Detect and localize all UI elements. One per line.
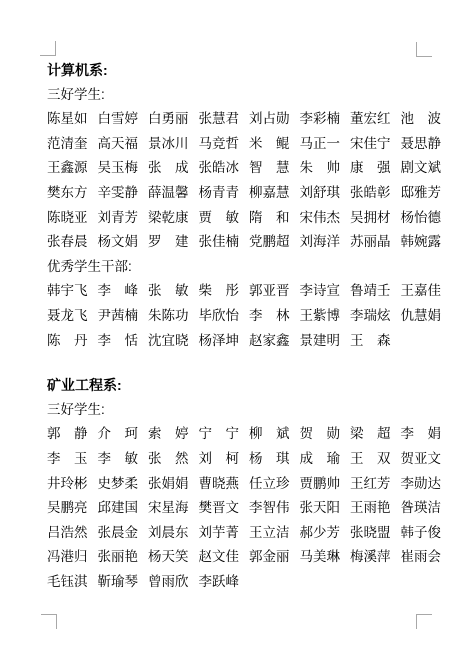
- student-name: 曾雨欣: [148, 570, 189, 595]
- student-name: 吴拥材: [350, 206, 391, 231]
- student-name: 白勇丽: [148, 107, 189, 132]
- student-name: 张晨金: [98, 521, 139, 546]
- student-name: 赵文佳: [199, 545, 240, 570]
- name-row: 吴鹏亮邱建国宋星海樊晋文李智伟张天阳王雨艳昝瑛洁: [47, 496, 430, 521]
- student-name: 张皓冰: [199, 156, 240, 181]
- student-name: 陈 丹: [47, 329, 88, 354]
- student-name: 白雪婷: [98, 107, 139, 132]
- student-name: 景冰川: [148, 132, 189, 157]
- student-name: 杨文娟: [98, 230, 139, 255]
- student-name: 刘 柯: [199, 447, 240, 472]
- student-name: 赵家鑫: [249, 329, 290, 354]
- name-row: 韩宇飞李 峰张 敏柴 彤郭亚晋李诗宣鲁靖壬王嘉佳: [47, 279, 430, 304]
- student-name: 苏丽晶: [350, 230, 391, 255]
- student-name: 宁 宁: [199, 422, 240, 447]
- name-row: 王鑫源吴玉梅张 成张皓冰智 慧朱 帅康 强剧文斌: [47, 156, 430, 181]
- student-name: 井玲彬: [47, 472, 88, 497]
- student-name: 梅溪萍: [350, 545, 391, 570]
- student-name: 任立珍: [249, 472, 290, 497]
- student-name: 朱 帅: [300, 156, 341, 181]
- student-name: 毕欣怡: [199, 304, 240, 329]
- student-name: 薛温馨: [148, 181, 189, 206]
- section-heading: 计算机系:: [47, 58, 430, 83]
- student-name: 王 双: [350, 447, 391, 472]
- student-name: 刘占勋: [249, 107, 290, 132]
- student-name: 董宏红: [350, 107, 391, 132]
- student-name: 李跃峰: [199, 570, 240, 595]
- name-row: 井玲彬史梦柔张娟娟曹晓燕任立珍贾鹏帅王红芳李勋达: [47, 472, 430, 497]
- student-name: 马美琳: [300, 545, 341, 570]
- name-row: 范清奎高天福景冰川马竞哲米 鲲马正一宋佳宁聂思静: [47, 132, 430, 157]
- document-content: 计算机系:三好学生:陈星如白雪婷白勇丽张慧君刘占勋李彩楠董宏红池 波范清奎高天福…: [47, 58, 430, 594]
- student-name: 沈宜晓: [148, 329, 189, 354]
- name-row: 张春晨杨文娟罗 建张佳楠党鹏超刘海洋苏丽晶韩婉露: [47, 230, 430, 255]
- name-row: 陈晓亚刘青芳梁乾康贾 敏隋 和宋伟杰吴拥材杨怡德: [47, 206, 430, 231]
- student-name: 王立洁: [249, 521, 290, 546]
- margin-crop-mark-top-left: [40, 41, 56, 56]
- name-row: 冯港归张丽艳杨天笑赵文佳郭金丽马美琳梅溪萍崔雨会: [47, 545, 430, 570]
- student-name: 罗 建: [148, 230, 189, 255]
- student-name: 成 瑜: [300, 447, 341, 472]
- student-name: 马竞哲: [199, 132, 240, 157]
- student-name: 李 敏: [98, 447, 139, 472]
- student-name: 吴鹏亮: [47, 496, 88, 521]
- student-name: 王鑫源: [47, 156, 88, 181]
- student-name: 尹茜楠: [98, 304, 139, 329]
- section-heading: 矿业工程系:: [47, 373, 430, 398]
- name-row: 樊东方辛雯静薛温馨杨青青柳嘉慧刘舒琪张皓彰邸雅芳: [47, 181, 430, 206]
- student-name: 韩婉露: [401, 230, 442, 255]
- name-row: 李 玉李 敏张 然刘 柯杨 琪成 瑜王 双贺亚文: [47, 447, 430, 472]
- name-row: 毛钰淇靳瑜琴曾雨欣李跃峰: [47, 570, 430, 595]
- student-name: 张 敏: [148, 279, 189, 304]
- student-name: 张皓彰: [350, 181, 391, 206]
- student-name: 张慧君: [199, 107, 240, 132]
- student-name: 刘芋菁: [199, 521, 240, 546]
- student-name: 郭亚晋: [249, 279, 290, 304]
- student-name: 索 婷: [148, 422, 189, 447]
- document-page[interactable]: 计算机系:三好学生:陈星如白雪婷白勇丽张慧君刘占勋李彩楠董宏红池 波范清奎高天福…: [0, 0, 475, 672]
- student-name: 贺亚文: [401, 447, 442, 472]
- student-name: 介 珂: [98, 422, 139, 447]
- margin-crop-mark-bottom-right: [416, 614, 432, 629]
- student-name: 宋佳宁: [350, 132, 391, 157]
- student-name: 柴 彤: [199, 279, 240, 304]
- student-name: 隋 和: [249, 206, 290, 231]
- student-name: 史梦柔: [98, 472, 139, 497]
- student-name: 景建明: [300, 329, 341, 354]
- student-name: 刘青芳: [98, 206, 139, 231]
- student-name: 曹晓燕: [199, 472, 240, 497]
- student-name: 李勋达: [401, 472, 442, 497]
- student-name: 李 娟: [401, 422, 442, 447]
- student-name: 王嘉佳: [401, 279, 442, 304]
- student-name: 聂龙飞: [47, 304, 88, 329]
- name-row: 郭 静介 珂索 婷宁 宁柳 斌贺 勋梁 超李 娟: [47, 422, 430, 447]
- student-name: 张丽艳: [98, 545, 139, 570]
- student-name: 李彩楠: [300, 107, 341, 132]
- student-name: 贺 勋: [300, 422, 341, 447]
- student-name: 杨 琪: [249, 447, 290, 472]
- student-name: 朱陈功: [148, 304, 189, 329]
- student-name: 张天阳: [300, 496, 341, 521]
- student-name: 柳嘉慧: [249, 181, 290, 206]
- student-name: 崔雨会: [401, 545, 442, 570]
- student-name: 宋伟杰: [300, 206, 341, 231]
- student-name: 宋星海: [148, 496, 189, 521]
- student-name: 柳 斌: [249, 422, 290, 447]
- student-name: 梁 超: [350, 422, 391, 447]
- student-name: 韩宇飞: [47, 279, 88, 304]
- student-name: 张 然: [148, 447, 189, 472]
- student-name: 仇慧娟: [401, 304, 442, 329]
- student-name: 陈星如: [47, 107, 88, 132]
- student-name: 张晓盟: [350, 521, 391, 546]
- student-name: 李 林: [249, 304, 290, 329]
- margin-crop-mark-bottom-left: [41, 614, 57, 629]
- student-name: 米 鲲: [249, 132, 290, 157]
- student-name: 贾 敏: [199, 206, 240, 231]
- student-name: 张佳楠: [199, 230, 240, 255]
- student-name: 樊晋文: [199, 496, 240, 521]
- student-name: 王雨艳: [350, 496, 391, 521]
- student-name: 毛钰淇: [47, 570, 88, 595]
- student-name: 冯港归: [47, 545, 88, 570]
- student-name: 昝瑛洁: [401, 496, 442, 521]
- student-name: 智 慧: [249, 156, 290, 181]
- student-name: 郭金丽: [249, 545, 290, 570]
- student-name: 李智伟: [249, 496, 290, 521]
- student-name: 聂思静: [401, 132, 442, 157]
- student-name: 刘晨东: [148, 521, 189, 546]
- name-row: 陈 丹李 恬沈宜晓杨泽坤赵家鑫景建明王 森: [47, 329, 430, 354]
- group-label: 三好学生:: [47, 398, 430, 423]
- name-row: 聂龙飞尹茜楠朱陈功毕欣怡李 林王紫博李瑞炫仇慧娟: [47, 304, 430, 329]
- student-name: 李 恬: [98, 329, 139, 354]
- student-name: 邸雅芳: [401, 181, 442, 206]
- group-label: 三好学生:: [47, 83, 430, 108]
- student-name: 范清奎: [47, 132, 88, 157]
- student-name: 张娟娟: [148, 472, 189, 497]
- student-name: 李瑞炫: [350, 304, 391, 329]
- student-name: 李 峰: [98, 279, 139, 304]
- margin-crop-mark-top-right: [416, 42, 432, 57]
- student-name: 贾鹏帅: [300, 472, 341, 497]
- student-name: 杨青青: [199, 181, 240, 206]
- student-name: 党鹏超: [249, 230, 290, 255]
- student-name: 靳瑜琴: [98, 570, 139, 595]
- student-name: 辛雯静: [98, 181, 139, 206]
- student-name: 郭 静: [47, 422, 88, 447]
- student-name: 邱建国: [98, 496, 139, 521]
- student-name: 王紫博: [300, 304, 341, 329]
- student-name: 池 波: [401, 107, 442, 132]
- student-name: 鲁靖壬: [350, 279, 391, 304]
- student-name: 吕浩然: [47, 521, 88, 546]
- student-name: 李 玉: [47, 447, 88, 472]
- student-name: 王 森: [350, 329, 391, 354]
- student-name: 樊东方: [47, 181, 88, 206]
- student-name: 梁乾康: [148, 206, 189, 231]
- student-name: 马正一: [300, 132, 341, 157]
- student-name: 张 成: [148, 156, 189, 181]
- student-name: 杨怡德: [401, 206, 442, 231]
- student-name: 剧文斌: [401, 156, 442, 181]
- name-row: 吕浩然张晨金刘晨东刘芋菁王立洁郝少芳张晓盟韩子俊: [47, 521, 430, 546]
- student-name: 刘舒琪: [300, 181, 341, 206]
- student-name: 康 强: [350, 156, 391, 181]
- group-label: 优秀学生干部:: [47, 255, 430, 280]
- student-name: 张春晨: [47, 230, 88, 255]
- student-name: 郝少芳: [300, 521, 341, 546]
- student-name: 刘海洋: [300, 230, 341, 255]
- student-name: 韩子俊: [401, 521, 442, 546]
- name-row: 陈星如白雪婷白勇丽张慧君刘占勋李彩楠董宏红池 波: [47, 107, 430, 132]
- student-name: 吴玉梅: [98, 156, 139, 181]
- student-name: 杨天笑: [148, 545, 189, 570]
- student-name: 陈晓亚: [47, 206, 88, 231]
- student-name: 杨泽坤: [199, 329, 240, 354]
- student-name: 李诗宣: [300, 279, 341, 304]
- student-name: 高天福: [98, 132, 139, 157]
- student-name: 王红芳: [350, 472, 391, 497]
